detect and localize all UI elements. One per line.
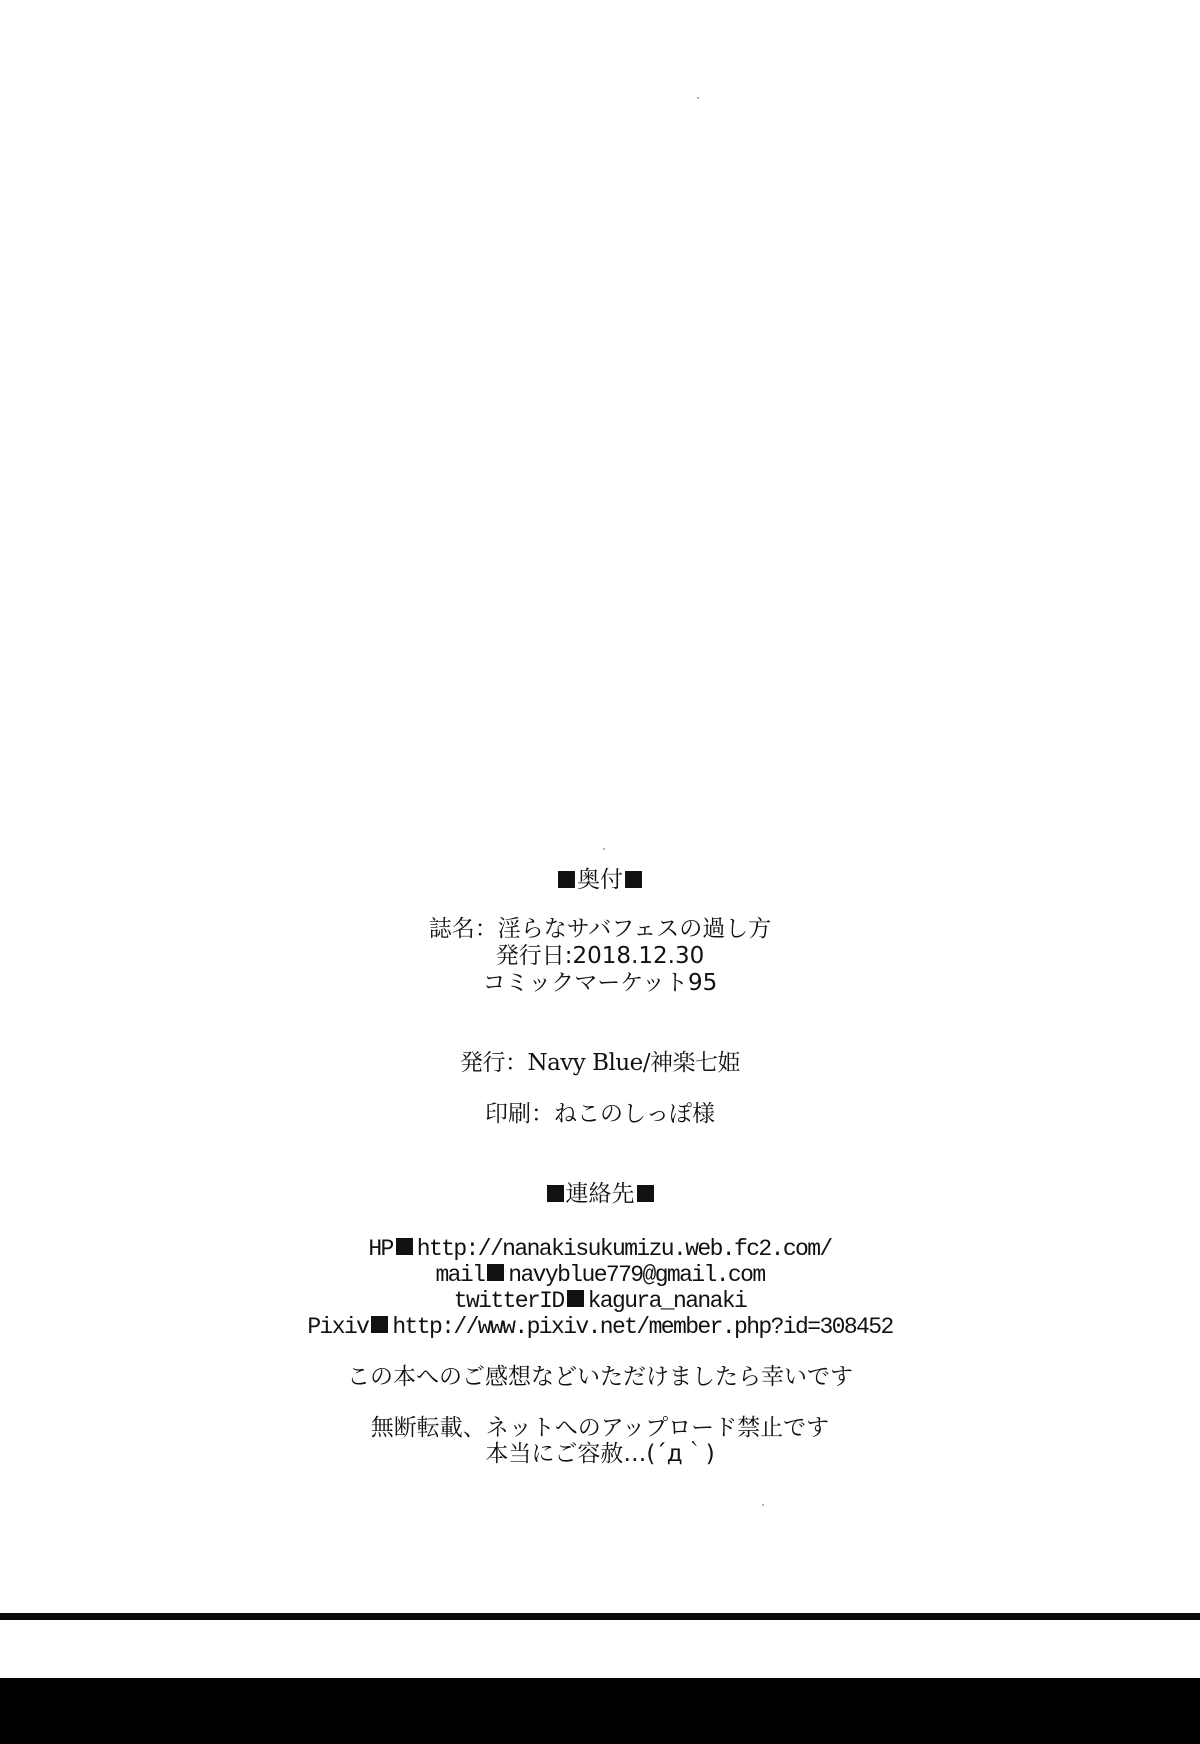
printer-line: 印刷：ねこのしっぽ様: [0, 1101, 1200, 1127]
book-title-line: 誌名：淫らなサバフェスの過し方: [0, 916, 1200, 942]
colophon-header-text: 奥付: [577, 867, 623, 893]
contact-header: 連絡先: [0, 1181, 1200, 1207]
contact-twitter: twitterIDkagura_nanaki: [0, 1287, 1200, 1314]
colophon-header: 奥付: [0, 867, 1200, 893]
contact-pixiv-label: Pixiv: [307, 1314, 368, 1340]
contact-hp-label: HP: [368, 1236, 392, 1262]
contact-twitter-label: twitterID: [454, 1288, 564, 1314]
publisher-text: 発行：Navy Blue/神楽七姫: [460, 1050, 740, 1076]
horizontal-rule: [0, 1613, 1200, 1620]
black-square-icon: [558, 871, 575, 888]
scan-speck: [697, 97, 699, 99]
black-square-icon: [487, 1264, 504, 1281]
contact-hp-link[interactable]: http://nanakisukumizu.web.fc2.com/: [417, 1236, 832, 1262]
contact-pixiv: Pixivhttp://www.pixiv.net/member.php?id=…: [0, 1313, 1200, 1340]
feedback-note: この本へのご感想などいただけましたら幸いです: [0, 1364, 1200, 1390]
event-line: コミックマーケット95: [0, 970, 1200, 996]
contact-mail-link[interactable]: navyblue779@gmail.com: [508, 1262, 764, 1288]
black-square-icon: [396, 1238, 413, 1255]
contact-mail: mailnavyblue779@gmail.com: [0, 1261, 1200, 1288]
apology-note: 本当にご容赦…(´д｀): [0, 1441, 1200, 1467]
scan-speck: [762, 1504, 764, 1506]
publish-date-line: 発行日:2018.12.30: [0, 943, 1200, 969]
scan-speck: [603, 848, 605, 850]
contact-pixiv-link[interactable]: http://www.pixiv.net/member.php?id=30845…: [392, 1314, 892, 1340]
black-square-icon: [371, 1316, 388, 1333]
prohibition-note: 無断転載、ネットへのアップロード禁止です: [0, 1415, 1200, 1441]
contact-mail-label: mail: [435, 1262, 484, 1288]
contact-header-text: 連絡先: [566, 1181, 635, 1207]
black-square-icon: [637, 1185, 654, 1202]
contact-twitter-handle[interactable]: kagura_nanaki: [588, 1288, 747, 1314]
contact-hp: HPhttp://nanakisukumizu.web.fc2.com/: [0, 1235, 1200, 1262]
black-square-icon: [567, 1290, 584, 1307]
bottom-black-band: [0, 1678, 1200, 1744]
publisher-line: 発行：Navy Blue/神楽七姫: [0, 1050, 1200, 1076]
black-square-icon: [547, 1185, 564, 1202]
black-square-icon: [625, 871, 642, 888]
colophon-page: 奥付 誌名：淫らなサバフェスの過し方 発行日:2018.12.30 コミックマー…: [0, 0, 1200, 1744]
